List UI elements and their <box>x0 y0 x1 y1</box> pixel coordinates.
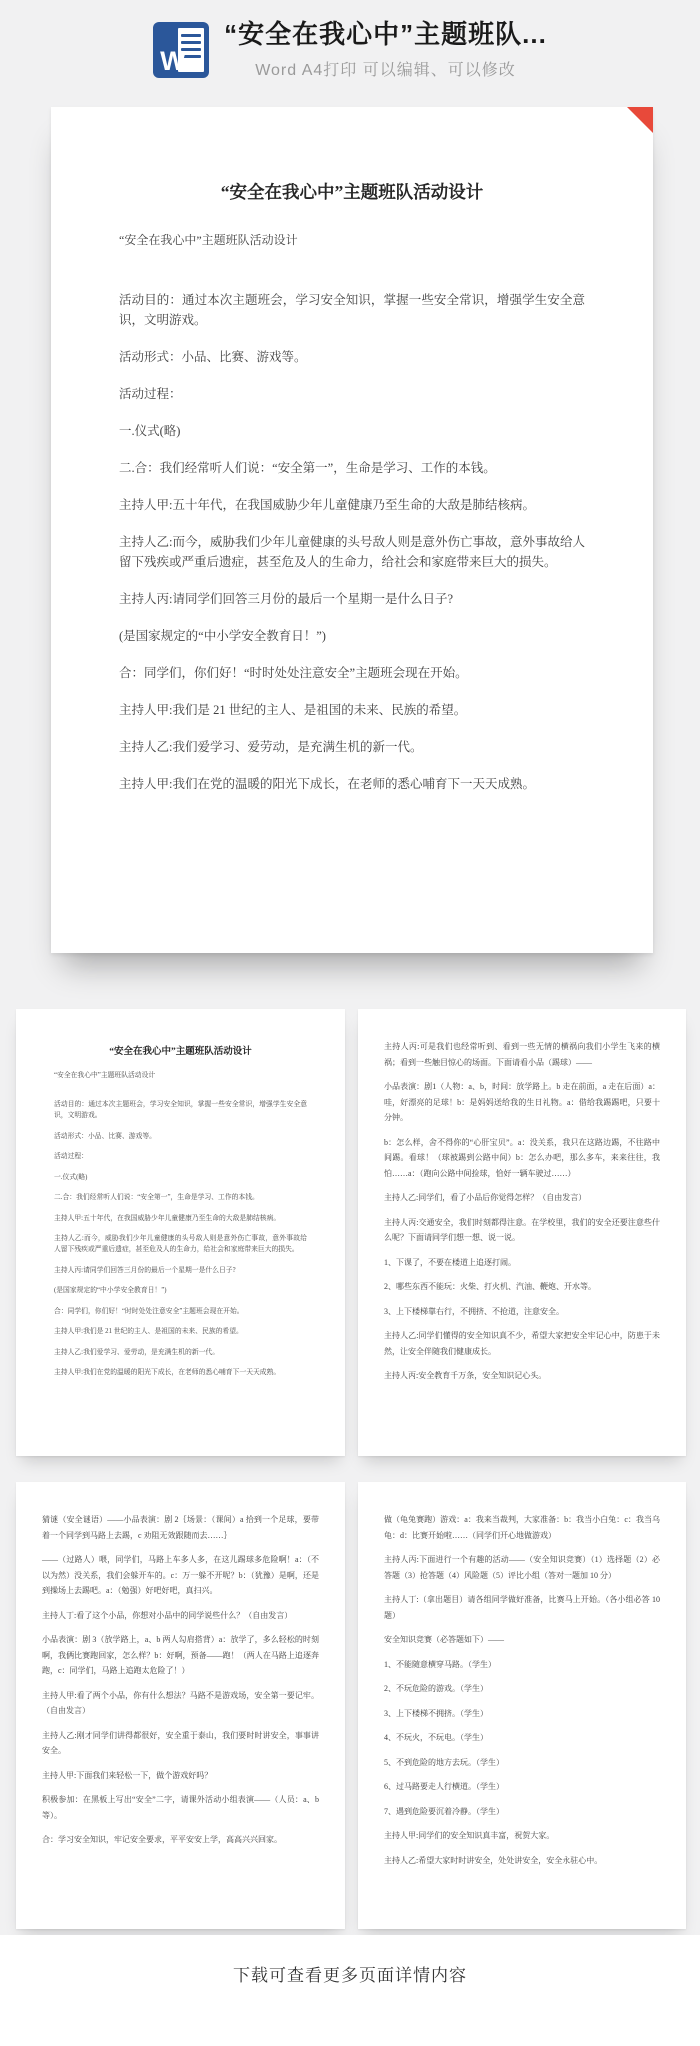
thumb-paragraph: 主持人丙:下面进行一个有趣的活动——（安全知识竞赛）（1）选择题（2）必答题（3… <box>384 1552 660 1583</box>
thumb-paragraph: 主持人甲:五十年代，在我国威胁少年儿童健康乃至生命的大敌是肺结核病。 <box>54 1213 307 1224</box>
thumb4-body: 做（龟兔赛跑）游戏：a：我来当裁判，大家准备：b：我当小白兔：c：我当乌龟：d：… <box>384 1512 660 1868</box>
doc-format-subtitle: Word A4打印 可以编辑、可以修改 <box>224 57 547 80</box>
thumb-paragraph: 主持人乙:同学们，看了小品后你觉得怎样？（自由发言） <box>384 1190 660 1206</box>
thumb-paragraph: 主持人丙:交通安全，我们时刻都得注意。在学校里，我们的安全还要注意些什么呢？下面… <box>384 1215 660 1246</box>
page-preview-1[interactable]: “安全在我心中”主题班队活动设计 “安全在我心中”主题班队活动设计 活动目的：通… <box>51 107 653 953</box>
thumb-paragraph: b：怎么样，舍不得你的“心肝宝贝”。a：没关系，我只在这路边踢，不往路中间踢。看… <box>384 1135 660 1182</box>
thumb-paragraph: 小品表演：剧 3（放学路上，a、b 两人勾肩搭背）a：放学了，多么轻松的时刻啊，… <box>42 1632 319 1679</box>
thumb-paragraph: 5、不到危险的地方去玩。（学生） <box>384 1755 660 1771</box>
thumb-paragraph: 主持人乙:希望大家时时讲安全，处处讲安全，安全永驻心中。 <box>384 1853 660 1869</box>
thumb-paragraph: 2、哪些东西不能玩：火柴、打火机、汽油、鞭炮、开水等。 <box>384 1279 660 1295</box>
thumb-paragraph: 合：同学们，你们好！“时时处处注意安全”主题班会现在开始。 <box>54 1306 307 1317</box>
doc-header: W “安全在我心中”主题班队... Word A4打印 可以编辑、可以修改 <box>0 0 700 100</box>
document-paragraph: 活动形式：小品、比赛、游戏等。 <box>119 347 585 367</box>
thumb-paragraph: 主持人甲:我们是 21 世纪的主人、是祖国的未来、民族的希望。 <box>54 1326 307 1337</box>
thumb-paragraph: 主持人乙:我们爱学习、爱劳动，是充满生机的新一代。 <box>54 1347 307 1358</box>
thumb-paragraph: 安全知识竞赛（必答题如下）—— <box>384 1632 660 1648</box>
word-file-icon: W <box>153 22 209 78</box>
doc-header-text: “安全在我心中”主题班队... Word A4打印 可以编辑、可以修改 <box>224 20 547 80</box>
word-icon-letter: W <box>160 48 185 75</box>
document-paragraph: 活动过程： <box>119 384 585 404</box>
footer-bar: 下载可查看更多页面详情内容 <box>0 1935 700 2046</box>
thumb-paragraph: 做（龟兔赛跑）游戏：a：我来当裁判，大家准备：b：我当小白兔：c：我当乌龟：d：… <box>384 1512 660 1543</box>
thumb1-title: “安全在我心中”主题班队活动设计 <box>54 1043 307 1057</box>
thumb3-body: 猜谜（安全谜语）——小品表演：剧 2｛场景：（课间）a 拾到一个足球，要带着一个… <box>42 1512 319 1848</box>
document-paragraph: 主持人乙:而今，威胁我们少年儿童健康的头号敌人则是意外伤亡事故，意外事故给人留下… <box>119 532 585 572</box>
thumb-paragraph: 主持人丁:（拿出题目）请各组同学做好准备，比赛马上开始。（各小组必答 10 题） <box>384 1592 660 1623</box>
page-thumbnail-4[interactable]: 做（龟兔赛跑）游戏：a：我来当裁判，大家准备：b：我当小白兔：c：我当乌龟：d：… <box>358 1482 686 1929</box>
corner-fold-badge <box>627 107 653 133</box>
document-paragraph: 主持人丙:请同学们回答三月份的最后一个星期一是什么日子? <box>119 589 585 609</box>
thumb-paragraph: 3、上下楼梯不拥挤。（学生） <box>384 1706 660 1722</box>
thumb-paragraph: 7、遇到危险要沉着冷静。（学生） <box>384 1804 660 1820</box>
thumb-paragraph: 主持人乙:刚才同学们讲得都很好，安全重于泰山，我们要时时讲安全，事事讲安全。 <box>42 1728 319 1759</box>
page-thumbnail-3[interactable]: 猜谜（安全谜语）——小品表演：剧 2｛场景：（课间）a 拾到一个足球，要带着一个… <box>16 1482 345 1929</box>
thumb-paragraph: 1、下课了，不要在楼道上追逐打闹。 <box>384 1255 660 1271</box>
thumb-paragraph: 主持人乙:同学们懂得的安全知识真不少，希望大家把安全牢记心中，防患于未然，让安全… <box>384 1328 660 1359</box>
document-paragraph: 一.仪式(略) <box>119 421 585 441</box>
thumb1-body: 活动目的：通过本次主题班会，学习安全知识，掌握一些安全常识，增强学生安全意识，文… <box>54 1099 307 1378</box>
document-paragraph: 二.合：我们经常听人们说：“安全第一”，生命是学习、工作的本钱。 <box>119 458 585 478</box>
footer-hint-text: 下载可查看更多页面详情内容 <box>233 1961 467 1986</box>
page-thumbnail-1[interactable]: “安全在我心中”主题班队活动设计 “安全在我心中”主题班队活动设计 活动目的：通… <box>16 1009 345 1456</box>
thumb-paragraph: 主持人丁:看了这个小品，你想对小品中的同学说些什么？（自由发言） <box>42 1608 319 1624</box>
document-title: “安全在我心中”主题班队活动设计 <box>119 179 585 204</box>
thumb-paragraph: 2、不玩危险的游戏。（学生） <box>384 1681 660 1697</box>
thumb-paragraph: 1、不能随意横穿马路。（学生） <box>384 1657 660 1673</box>
thumb-paragraph: 活动形式：小品、比赛、游戏等。 <box>54 1131 307 1142</box>
document-subtitle: “安全在我心中”主题班队活动设计 <box>119 231 585 248</box>
thumb-paragraph: 一.仪式(略) <box>54 1172 307 1183</box>
thumb-paragraph: 活动目的：通过本次主题班会，学习安全知识，掌握一些安全常识，增强学生安全意识，文… <box>54 1099 307 1121</box>
thumb-paragraph: 主持人丙:请同学们回答三月份的最后一个星期一是什么日子? <box>54 1265 307 1276</box>
document-paragraph: 合：同学们，你们好！“时时处处注意安全”主题班会现在开始。 <box>119 663 585 683</box>
thumb-paragraph: 主持人丙:可是我们也经常听到、看到一些无情的横祸向我们小学生飞来的横祸；看到一些… <box>384 1039 660 1070</box>
document-paragraph: 主持人乙:我们爱学习、爱劳动，是充满生机的新一代。 <box>119 737 585 757</box>
thumb-paragraph: 主持人甲:看了两个小品，你有什么想法？马路不是游戏场，安全第一要记牢。（自由发言… <box>42 1688 319 1719</box>
document-paragraph: 主持人甲:我们是 21 世纪的主人、是祖国的未来、民族的希望。 <box>119 700 585 720</box>
thumb-paragraph: 主持人甲:同学们的安全知识真丰富，祝贺大家。 <box>384 1828 660 1844</box>
thumb-paragraph: 主持人丙:安全教育千万条，安全知识记心头。 <box>384 1368 660 1384</box>
thumb-paragraph: 主持人甲:下面我们来轻松一下，做个游戏好吗？ <box>42 1768 319 1784</box>
thumb-paragraph: 4、不玩火，不玩电。（学生） <box>384 1730 660 1746</box>
thumb-paragraph: 猜谜（安全谜语）——小品表演：剧 2｛场景：（课间）a 拾到一个足球，要带着一个… <box>42 1512 319 1543</box>
doc-header-title: “安全在我心中”主题班队... <box>224 20 547 50</box>
document-paragraph: 主持人甲:我们在党的温暖的阳光下成长，在老师的悉心哺育下一天天成熟。 <box>119 774 585 794</box>
thumb-paragraph: ——（过路人）喂，同学们，马路上车多人多，在这儿踢球多危险啊！a：（不以为然）没… <box>42 1552 319 1599</box>
thumb-paragraph: 合：学习安全知识，牢记安全要求，平平安安上学，高高兴兴回家。 <box>42 1832 319 1848</box>
thumb-paragraph: (是国家规定的“中小学安全教育日！”) <box>54 1285 307 1296</box>
thumb-paragraph: 6、过马路要走人行横道。（学生） <box>384 1779 660 1795</box>
more-pages-grid: “安全在我心中”主题班队活动设计 “安全在我心中”主题班队活动设计 活动目的：通… <box>16 1009 686 1929</box>
thumb-paragraph: 小品表演：剧1（人物：a、b，时间：放学路上。b 走在前面，a 走在后面）a：哇… <box>384 1079 660 1126</box>
thumb1-subtitle: “安全在我心中”主题班队活动设计 <box>54 1069 307 1079</box>
document-paragraph: 活动目的：通过本次主题班会，学习安全知识，掌握一些安全常识，增强学生安全意识，文… <box>119 290 585 330</box>
thumb-paragraph: 二.合：我们经常听人们说：“安全第一”，生命是学习、工作的本钱。 <box>54 1192 307 1203</box>
thumb-paragraph: 主持人甲:我们在党的温暖的阳光下成长，在老师的悉心哺育下一天天成熟。 <box>54 1367 307 1378</box>
thumb-paragraph: 3、上下楼梯靠右行，不拥挤、不抢道，注意安全。 <box>384 1304 660 1320</box>
thumb-paragraph: 主持人乙:而今，威胁我们少年儿童健康的头号敌人则是意外伤亡事故，意外事故给人留下… <box>54 1233 307 1255</box>
thumb2-body: 主持人丙:可是我们也经常听到、看到一些无情的横祸向我们小学生飞来的横祸；看到一些… <box>384 1039 660 1384</box>
document-paragraph: 主持人甲:五十年代，在我国威胁少年儿童健康乃至生命的大敌是肺结核病。 <box>119 495 585 515</box>
document-paragraph: (是国家规定的“中小学安全教育日！”) <box>119 626 585 646</box>
thumb-paragraph: 活动过程： <box>54 1151 307 1162</box>
document-preview-page: W “安全在我心中”主题班队... Word A4打印 可以编辑、可以修改 “安… <box>0 0 700 2046</box>
page-thumbnail-2[interactable]: 主持人丙:可是我们也经常听到、看到一些无情的横祸向我们小学生飞来的横祸；看到一些… <box>358 1009 686 1456</box>
document-body: 活动目的：通过本次主题班会，学习安全知识，掌握一些安全常识，增强学生安全意识，文… <box>119 290 585 794</box>
thumb-paragraph: 积极参加：在黑板上写出“安全”二字，请课外活动小组表演——（人员：a、b 等）。 <box>42 1792 319 1823</box>
